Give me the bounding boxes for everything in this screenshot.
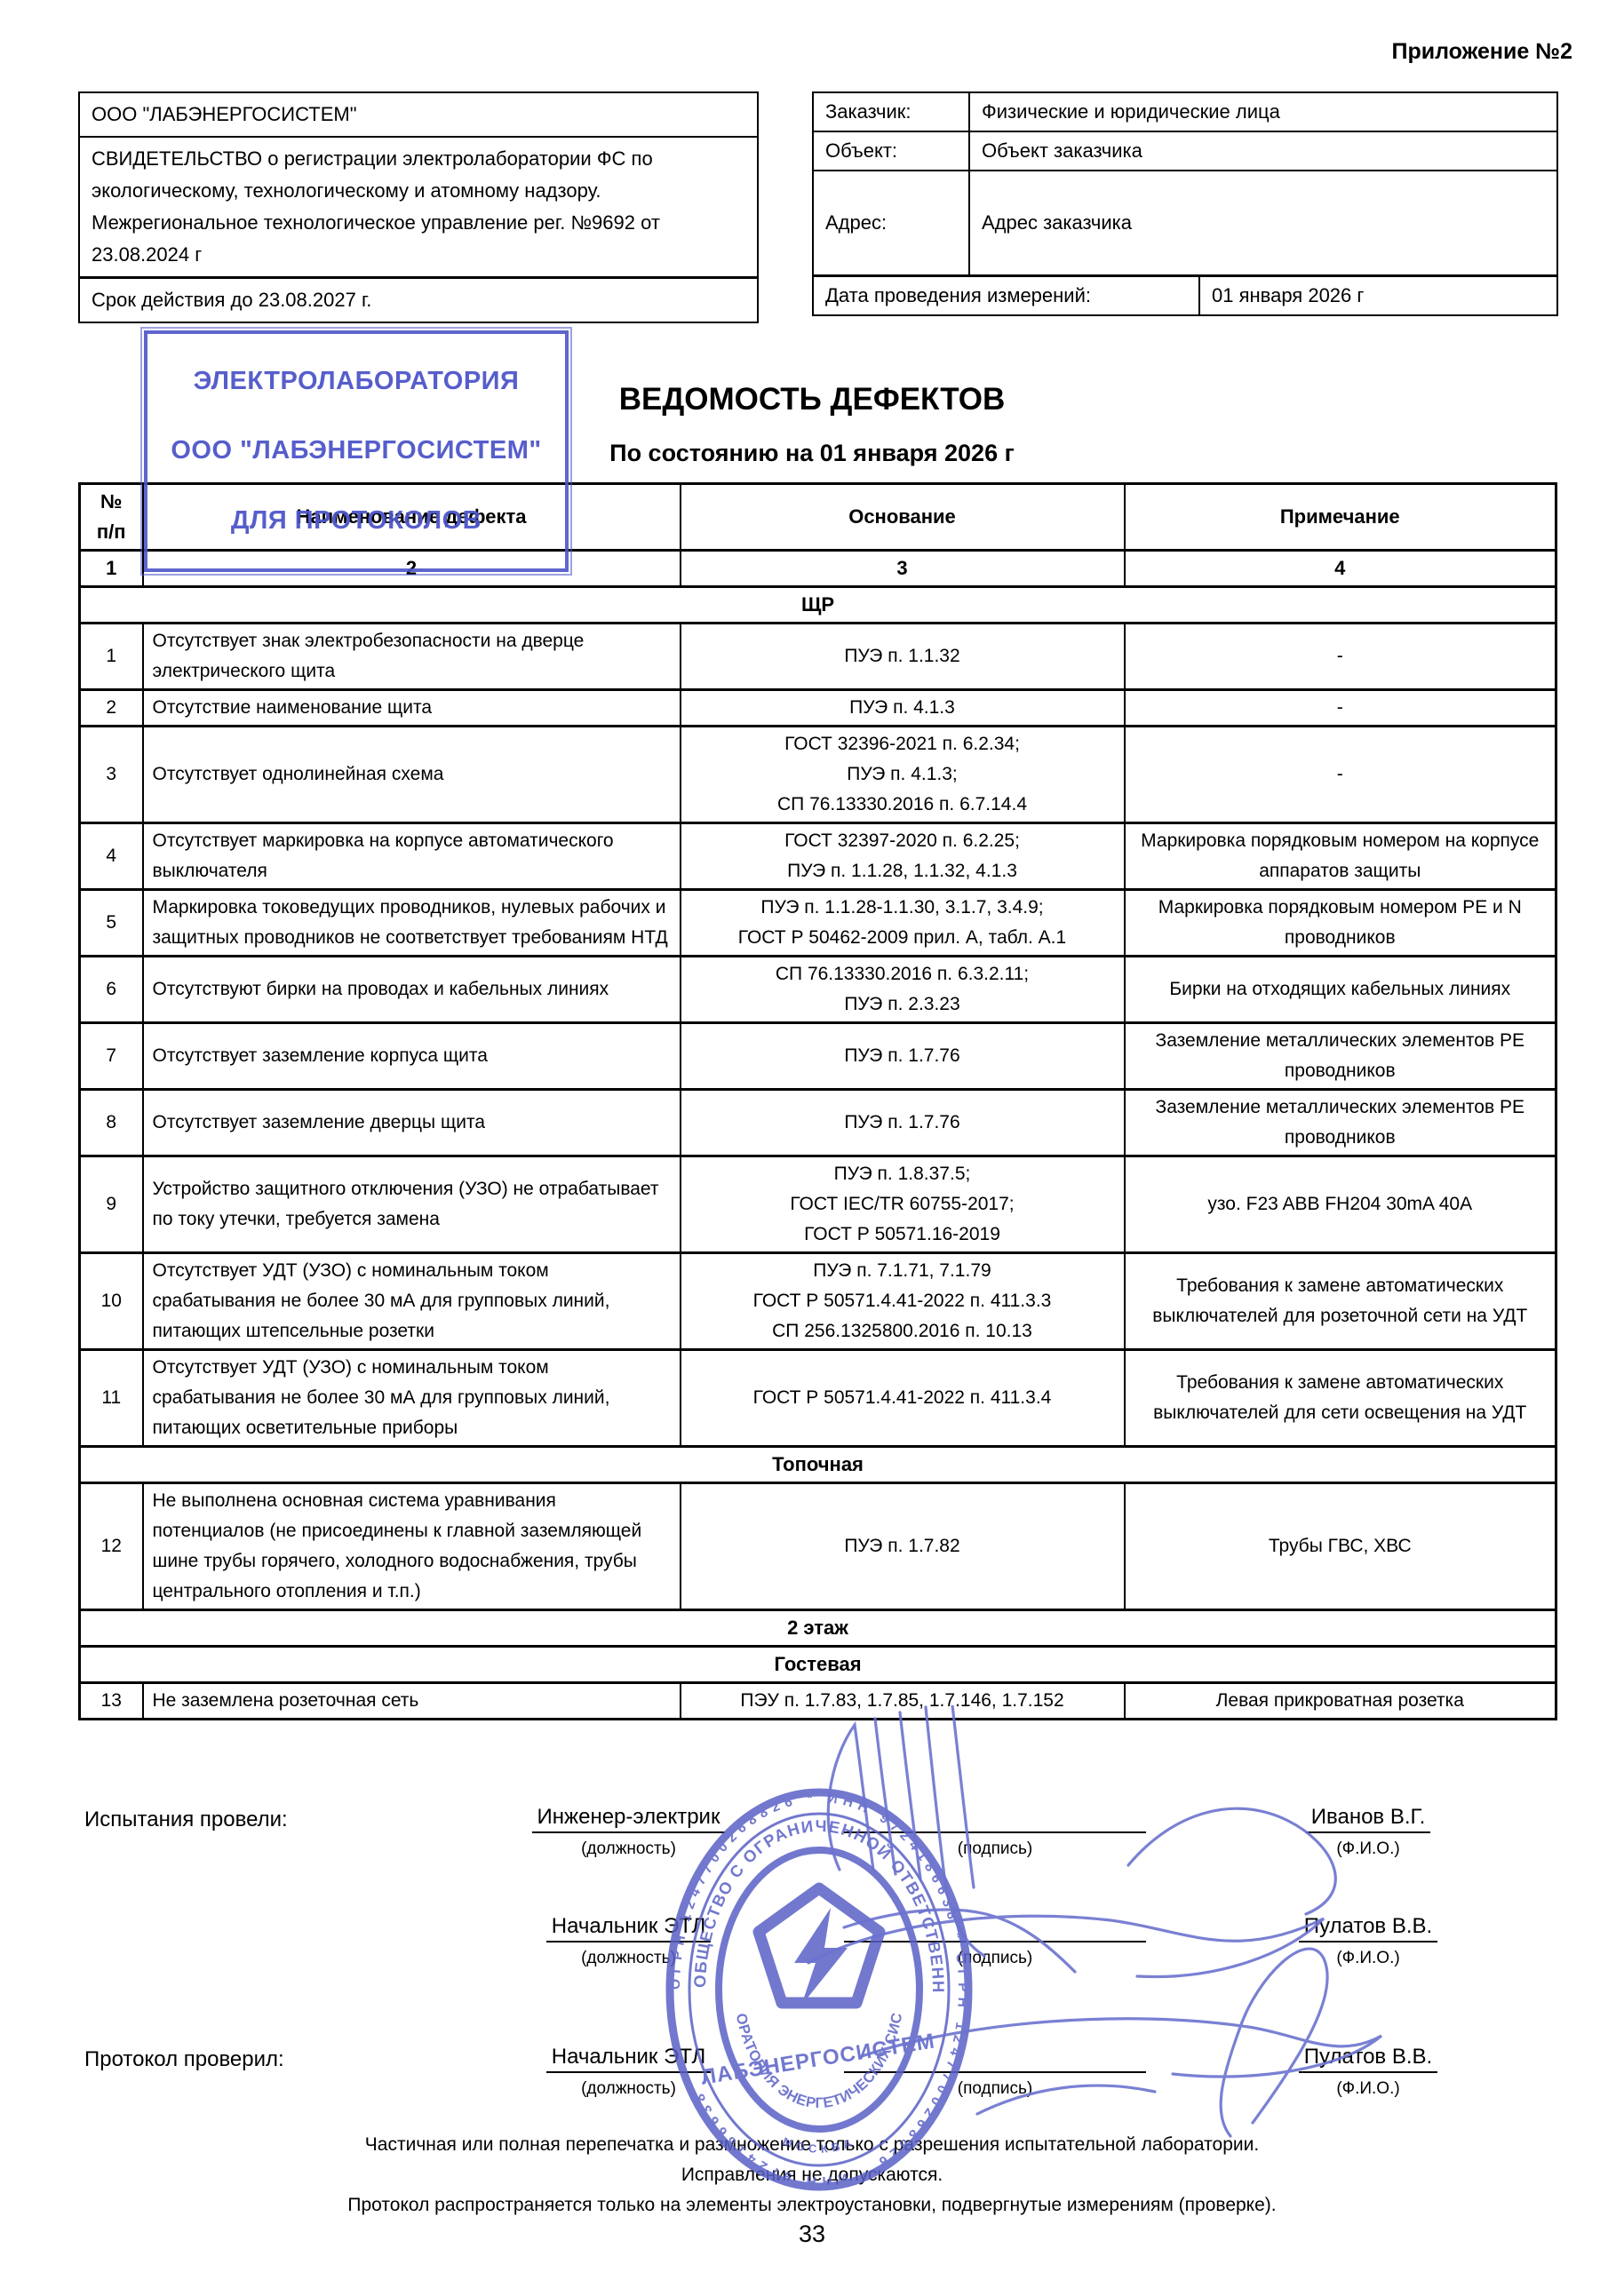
lab-certificate: СВИДЕТЕЛЬСТВО о регистрации электролабор… [80, 138, 757, 279]
defect-note: Маркировка порядковым номером на корпусе… [1125, 823, 1556, 890]
document-page: Приложение №2 ООО "ЛАБЭНЕРГОСИСТЕМ" СВИД… [0, 0, 1624, 2296]
defect-note: - [1125, 690, 1556, 727]
checked-label: Протокол проверил: [84, 2047, 284, 2072]
defect-num: 4 [80, 823, 143, 890]
defect-basis: ПУЭ п. 1.1.28-1.1.30, 3.1.7, 3.4.9; ГОСТ… [681, 890, 1125, 957]
address-row: Адрес: Адрес заказчика [814, 171, 1556, 276]
defect-name: Не выполнена основная система уравнивани… [143, 1483, 681, 1610]
defect-basis: ПУЭ п. 1.7.76 [681, 1023, 1125, 1090]
defect-note: Заземление металлических элементов PE пр… [1125, 1023, 1556, 1090]
defect-basis: ГОСТ 32397-2020 п. 6.2.25; ПУЭ п. 1.1.28… [681, 823, 1125, 890]
customer-info-box: Заказчик: Физические и юридические лица … [812, 91, 1558, 316]
table-row: 2Отсутствие наименование щитаПУЭ п. 4.1.… [80, 690, 1556, 727]
conducted-label: Испытания провели: [84, 1807, 288, 1832]
signature-stroke [828, 1725, 873, 1870]
object-row: Объект: Объект заказчика [814, 132, 1556, 171]
defect-basis: ПУЭ п. 1.8.37.5; ГОСТ IEC/TR 60755-2017;… [681, 1156, 1125, 1253]
defect-basis: ПУЭ п. 1.7.82 [681, 1483, 1125, 1610]
col-header-num: № п/п [80, 484, 143, 551]
defect-num: 1 [80, 624, 143, 690]
measure-date-value: 01 января 2026 г [1200, 277, 1556, 314]
section-row: Гостевая [80, 1647, 1556, 1683]
numbering-3: 3 [681, 551, 1125, 587]
col-header-note: Примечание [1125, 484, 1556, 551]
rect-stamp-line2: ООО "ЛАБЭНЕРГОСИСТЕМ" [171, 436, 541, 465]
defect-note: Бирки на отходящих кабельных линиях [1125, 957, 1556, 1023]
customer-label: Заказчик: [814, 93, 970, 131]
defect-num: 10 [80, 1253, 143, 1350]
defect-basis: СП 76.13330.2016 п. 6.3.2.11; ПУЭ п. 2.3… [681, 957, 1125, 1023]
address-label: Адрес: [814, 171, 970, 274]
object-value: Объект заказчика [970, 132, 1556, 170]
table-row: 1Отсутствует знак электробезопасности на… [80, 624, 1556, 690]
defect-num: 9 [80, 1156, 143, 1253]
defect-note: Заземление металлических элементов PE пр… [1125, 1090, 1556, 1156]
signature-stroke [977, 2085, 1155, 2114]
defect-name: Отсутствует УДТ (УЗО) с номинальным токо… [143, 1253, 681, 1350]
table-row: 3Отсутствует однолинейная схемаГОСТ 3239… [80, 727, 1556, 823]
signature-stroke [900, 1712, 920, 1879]
defect-basis: ГОСТ Р 50571.4.41-2022 п. 411.3.4 [681, 1350, 1125, 1447]
handwritten-signatures [755, 1705, 1430, 2149]
section-label: ЩР [80, 587, 1556, 624]
address-value: Адрес заказчика [970, 171, 1556, 274]
defect-num: 13 [80, 1683, 143, 1720]
object-label: Объект: [814, 132, 970, 170]
defect-note: узо. F23 ABB FH204 30mA 40A [1125, 1156, 1556, 1253]
table-row: 7Отсутствует заземление корпуса щитаПУЭ … [80, 1023, 1556, 1090]
defect-basis: ПУЭ п. 1.1.32 [681, 624, 1125, 690]
section-label: Топочная [80, 1447, 1556, 1483]
defect-name: Отсутствует знак электробезопасности на … [143, 624, 681, 690]
defect-note: - [1125, 727, 1556, 823]
signature-stroke [1128, 1808, 1335, 1914]
customer-value: Физические и юридические лица [970, 93, 1556, 131]
defect-note: Требования к замене автоматических выклю… [1125, 1253, 1556, 1350]
section-row: 2 этаж [80, 1610, 1556, 1647]
rect-stamp: ЭЛЕКТРОЛАБОРАТОРИЯ ООО "ЛАБЭНЕРГОСИСТЕМ"… [144, 330, 569, 572]
appendix-label: Приложение №2 [1392, 39, 1573, 65]
defect-name: Маркировка токоведущих проводников, нуле… [143, 890, 681, 957]
defect-note: Трубы ГВС, ХВС [1125, 1483, 1556, 1610]
defect-name: Не заземлена розеточная сеть [143, 1683, 681, 1720]
measure-date-label: Дата проведения измерений: [814, 277, 1200, 314]
defect-note: Требования к замене автоматических выклю… [1125, 1350, 1556, 1447]
defect-name: Отсутствует однолинейная схема [143, 727, 681, 823]
defect-note: Маркировка порядковым номером PE и N про… [1125, 890, 1556, 957]
lab-validity: Срок действия до 23.08.2027 г. [80, 279, 757, 322]
section-label: 2 этаж [80, 1610, 1556, 1647]
defect-num: 7 [80, 1023, 143, 1090]
table-row: 5Маркировка токоведущих проводников, нул… [80, 890, 1556, 957]
lab-info-box: ООО "ЛАБЭНЕРГОСИСТЕМ" СВИДЕТЕЛЬСТВО о ре… [78, 91, 759, 323]
section-row: Топочная [80, 1447, 1556, 1483]
rect-stamp-line1: ЭЛЕКТРОЛАБОРАТОРИЯ [194, 367, 520, 396]
defects-table-body: ЩР1Отсутствует знак электробезопасности … [80, 587, 1556, 1720]
defect-basis: ПУЭ п. 7.1.71, 7.1.79 ГОСТ Р 50571.4.41-… [681, 1253, 1125, 1350]
lab-company: ООО "ЛАБЭНЕРГОСИСТЕМ" [80, 93, 757, 138]
page-number: 33 [0, 2221, 1624, 2248]
table-row: 11Отсутствует УДТ (УЗО) с номинальным то… [80, 1350, 1556, 1447]
defects-table: № п/п Наименование дефекта Основание При… [78, 482, 1557, 1720]
defect-name: Отсутствует заземление корпуса щита [143, 1023, 681, 1090]
numbering-4: 4 [1125, 551, 1556, 587]
defect-basis: ПУЭ п. 1.7.76 [681, 1090, 1125, 1156]
table-row: 6Отсутствуют бирки на проводах и кабельн… [80, 957, 1556, 1023]
defect-basis: ПУЭ п. 4.1.3 [681, 690, 1125, 727]
table-row: 12Не выполнена основная система уравнива… [80, 1483, 1556, 1610]
defect-name: Отсутствует УДТ (УЗО) с номинальным токо… [143, 1350, 681, 1447]
defect-num: 11 [80, 1350, 143, 1447]
defect-num: 5 [80, 890, 143, 957]
signature-stroke [808, 1916, 1324, 1976]
signature-stroke [875, 1719, 896, 1874]
table-row: 8Отсутствует заземление дверцы щитаПУЭ п… [80, 1090, 1556, 1156]
defect-name: Устройство защитного отключения (УЗО) не… [143, 1156, 681, 1253]
col-header-basis: Основание [681, 484, 1125, 551]
defect-num: 8 [80, 1090, 143, 1156]
defect-basis: ГОСТ 32396-2021 п. 6.2.34; ПУЭ п. 4.1.3;… [681, 727, 1125, 823]
defect-note: - [1125, 624, 1556, 690]
defect-name: Отсутствие наименование щита [143, 690, 681, 727]
section-row: ЩР [80, 587, 1556, 624]
signature-stroke [952, 1705, 974, 1887]
table-row: 9Устройство защитного отключения (УЗО) н… [80, 1156, 1556, 1253]
numbering-1: 1 [80, 551, 143, 587]
customer-row: Заказчик: Физические и юридические лица [814, 93, 1556, 132]
defect-name: Отсутствует маркировка на корпусе автома… [143, 823, 681, 890]
defect-num: 6 [80, 957, 143, 1023]
table-row: 10Отсутствует УДТ (УЗО) с номинальным то… [80, 1253, 1556, 1350]
defect-name: Отсутствуют бирки на проводах и кабельны… [143, 957, 681, 1023]
defect-num: 3 [80, 727, 143, 823]
defect-name: Отсутствует заземление дверцы щита [143, 1090, 681, 1156]
rect-stamp-line3: ДЛЯ ПРОТОКОЛОВ [231, 506, 482, 536]
table-row: 4Отсутствует маркировка на корпусе автом… [80, 823, 1556, 890]
defect-num: 2 [80, 690, 143, 727]
defect-num: 12 [80, 1483, 143, 1610]
section-label: Гостевая [80, 1647, 1556, 1683]
measure-date-row: Дата проведения измерений: 01 января 202… [814, 276, 1556, 314]
